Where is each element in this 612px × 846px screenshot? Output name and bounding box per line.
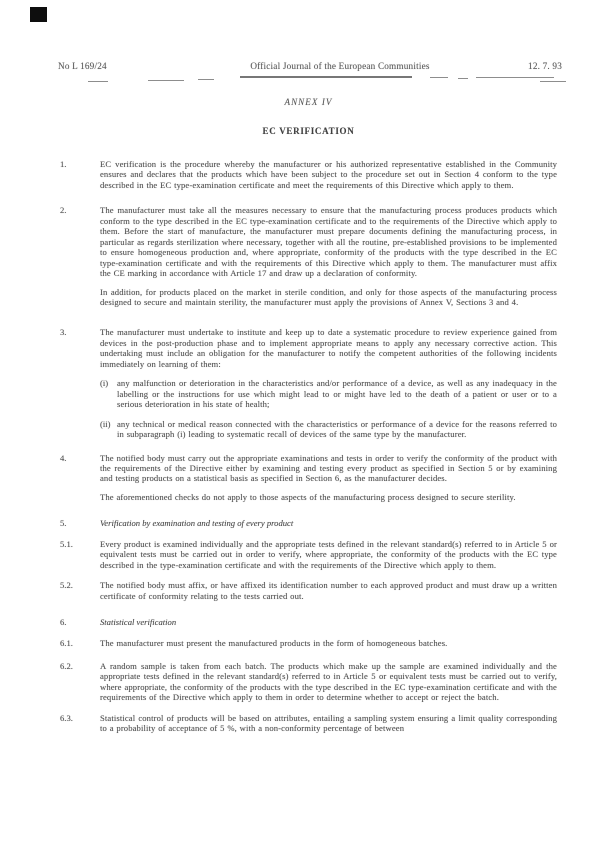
rule-segment [476, 77, 554, 78]
paragraph: EC verification is the procedure whereby… [100, 159, 557, 190]
section-body: The manufacturer must take all the measu… [100, 205, 557, 307]
page-header: No L 169/24 Official Journal of the Euro… [58, 61, 562, 71]
section-body: A random sample is taken from each batch… [100, 661, 557, 703]
paragraph: A random sample is taken from each batch… [100, 661, 557, 703]
rule-segment [148, 80, 184, 81]
section-number: 6.2. [60, 661, 100, 703]
section-body: The notified body must affix, or have af… [100, 580, 557, 601]
paragraph: any malfunction or deterioration in the … [117, 378, 557, 409]
journal-issue-number: No L 169/24 [58, 61, 178, 71]
rule-segment [430, 77, 448, 78]
section-number: 6.1. [60, 638, 100, 648]
section-number: 6. [60, 617, 100, 627]
rule-segment [240, 76, 412, 78]
subitem-marker: (i) [100, 378, 117, 409]
section-6-3: 6.3. Statistical control of products wil… [60, 713, 557, 734]
section-number: 5. [60, 518, 100, 528]
rule-segment [198, 79, 214, 80]
section-6-2: 6.2. A random sample is taken from each … [60, 661, 557, 703]
document-page: No L 169/24 Official Journal of the Euro… [0, 0, 612, 846]
paragraph: any technical or medical reason connecte… [117, 419, 557, 440]
rule-segment [540, 81, 566, 82]
annex-title: EC VERIFICATION [60, 126, 557, 136]
section-number: 5.2. [60, 580, 100, 601]
section-5-2: 5.2. The notified body must affix, or ha… [60, 580, 557, 601]
section-body: Verification by examination and testing … [100, 518, 557, 528]
section-body: Statistical verification [100, 617, 557, 627]
section-number: 5.1. [60, 539, 100, 570]
section-heading: Statistical verification [100, 617, 557, 627]
section-body: EC verification is the procedure whereby… [100, 159, 557, 190]
section-number: 4. [60, 453, 100, 503]
journal-date: 12. 7. 93 [502, 61, 562, 71]
section-number: 6.3. [60, 713, 100, 734]
paragraph: The notified body must carry out the app… [100, 453, 557, 484]
section-body: Statistical control of products will be … [100, 713, 557, 734]
section-1: 1. EC verification is the procedure wher… [60, 159, 557, 190]
section-number: 1. [60, 159, 100, 190]
journal-title: Official Journal of the European Communi… [178, 61, 502, 71]
subitem-marker: (ii) [100, 419, 117, 440]
section-heading: Verification by examination and testing … [100, 518, 557, 528]
section-body: The manufacturer must present the manufa… [100, 638, 557, 648]
paragraph: The notified body must affix, or have af… [100, 580, 557, 601]
section-number: 2. [60, 205, 100, 307]
section-6-heading: 6. Statistical verification [60, 617, 557, 627]
paragraph: Statistical control of products will be … [100, 713, 557, 734]
paragraph: In addition, for products placed on the … [100, 287, 557, 308]
section-2: 2. The manufacturer must take all the me… [60, 205, 557, 307]
section-body: The manufacturer must undertake to insti… [100, 327, 557, 439]
section-4: 4. The notified body must carry out the … [60, 453, 557, 503]
scan-corner-mark [30, 7, 47, 22]
section-3: 3. The manufacturer must undertake to in… [60, 327, 557, 439]
rule-segment [88, 81, 108, 82]
section-5-heading: 5. Verification by examination and testi… [60, 518, 557, 528]
paragraph: The aforementioned checks do not apply t… [100, 492, 557, 502]
paragraph: The manufacturer must take all the measu… [100, 205, 557, 278]
section-body: Every product is examined individually a… [100, 539, 557, 570]
section-body: The notified body must carry out the app… [100, 453, 557, 503]
section-6-1: 6.1. The manufacturer must present the m… [60, 638, 557, 648]
subitem-i: (i) any malfunction or deterioration in … [100, 378, 557, 409]
annex-label: ANNEX IV [60, 97, 557, 107]
paragraph: Every product is examined individually a… [100, 539, 557, 570]
rule-segment [458, 78, 468, 79]
section-number: 3. [60, 327, 100, 439]
subitem-ii: (ii) any technical or medical reason con… [100, 419, 557, 440]
paragraph: The manufacturer must present the manufa… [100, 638, 557, 648]
annex-content: ANNEX IV EC VERIFICATION 1. EC verificat… [60, 97, 557, 747]
section-5-1: 5.1. Every product is examined individua… [60, 539, 557, 570]
paragraph: The manufacturer must undertake to insti… [100, 327, 557, 369]
